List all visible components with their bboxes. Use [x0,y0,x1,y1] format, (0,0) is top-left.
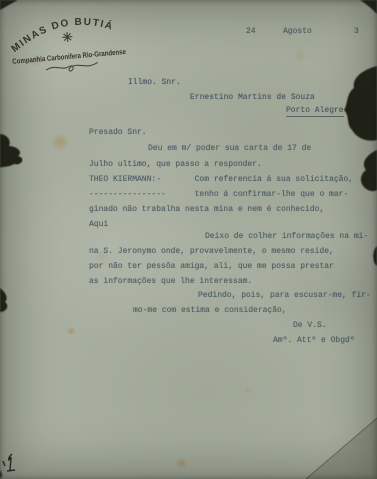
date-number: 3 [354,27,359,36]
letter-line-4: THEO KIERMANN:- Com referencia á sua sol… [89,175,353,184]
tear-bottom-left-corner [0,470,2,479]
letter-line-14: De V.S. [293,321,327,330]
letter-line-1: Presado Snr. [89,128,147,137]
date-day: 24 [246,27,256,36]
letter-line-2: Deu em m/ poder sua carta de 17 de [148,144,311,153]
star-asterisk-icon [62,32,73,43]
letterhead-flourish [46,62,98,73]
letter-line-6: ginado não trabalha nesta mina e nem é c… [89,205,324,214]
recipient-city: Porto Alegre [286,106,344,117]
recipient-name: Ernestino Martins de Souza [190,93,315,102]
letter-line-13: mo-me com estima e consideração, [133,306,287,315]
tear-top-right-corner [360,0,377,14]
letter-line-9: na S. Jeronymo onde, provavelmente, o me… [89,247,334,256]
recipient-salutation: Illmo. Snr. [128,78,181,87]
letter-line-7: Aqui [89,220,108,229]
letter-line-10: por não ter pessôa amiga, ali, que me po… [89,262,334,271]
letterhead-subtitle: Companhia Carbonifera Rio-Grandense [12,47,126,66]
tear-right-medium [361,150,377,191]
letter-line-8: Deixo de colher informações na mi- [205,232,368,241]
date-month: Agosto [283,27,312,36]
letter-line-5: ---------------- tenho á confirmar-lhe q… [89,190,348,199]
tear-right-sliver [373,246,377,266]
letterhead-stamp: MINAS DO BUTIÁ Companhia Carbonifera Rio… [0,0,143,88]
bottom-right-fold [306,418,377,479]
letter-line-15: Amº. Attº e Obgdº [273,336,355,345]
handwritten-margin-note [3,454,15,471]
tear-right-large [344,66,377,141]
letter-line-12: Pedindo, pois, para escusar-me, fir- [198,291,371,300]
letter-line-11: as informações que lhe interessam. [89,277,252,286]
tear-left-small [0,288,7,312]
scanned-letter-page: MINAS DO BUTIÁ Companhia Carbonifera Rio… [0,0,377,479]
letter-line-3: Julho ultimo, que passo a responder. [89,160,262,169]
tear-left-large [0,134,22,168]
